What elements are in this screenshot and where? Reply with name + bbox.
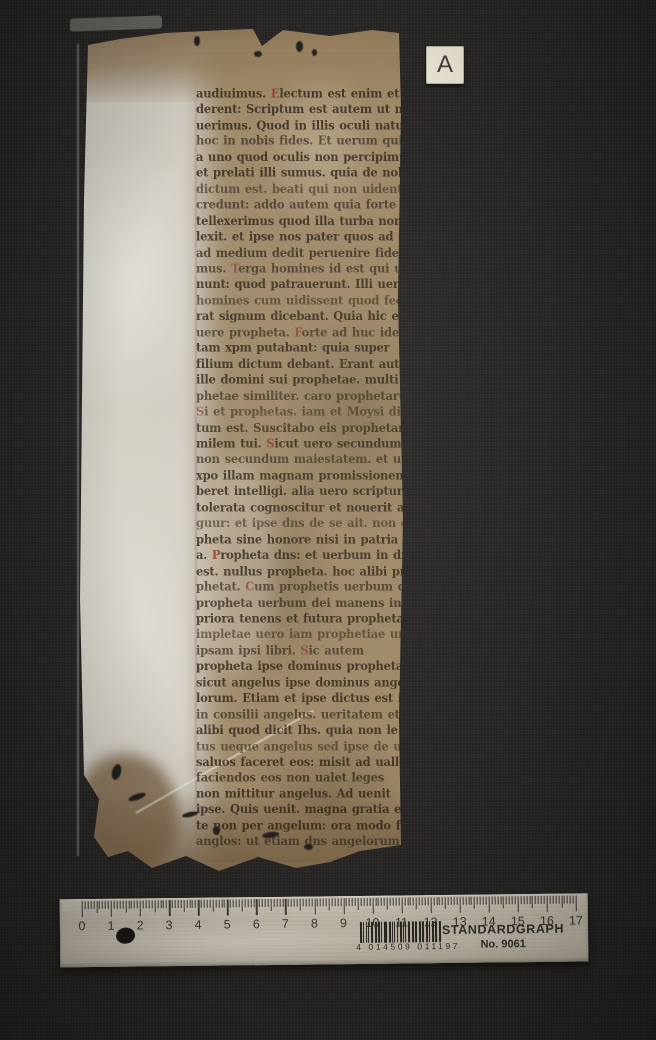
parchment-hole bbox=[194, 36, 200, 46]
manuscript-line: priora tenens et futura prophetans bbox=[196, 611, 408, 627]
manuscript-line: alibi quod dicit Ihs. quia non le bbox=[196, 723, 408, 739]
ruler-number: 2 bbox=[136, 918, 143, 932]
parchment-top-sliver bbox=[70, 15, 162, 31]
manuscript-line: tellexerimus quod illa turba non in bbox=[196, 213, 408, 229]
manuscript-line: pheta sine honore nisi in patria su bbox=[196, 532, 408, 548]
label-tile: A bbox=[426, 46, 464, 84]
manuscript-line: faciendos eos non ualet leges bbox=[196, 770, 408, 786]
ruler-number: 0 bbox=[78, 919, 85, 933]
manuscript-line: a uno quod oculis non percipimus bbox=[196, 150, 408, 166]
manuscript-line: credunt: addo autem quia forte in bbox=[196, 197, 408, 213]
manuscript-line: phetat. Cum prophetis uerbum dei bbox=[196, 579, 408, 595]
manuscript-line: tam xpm putabant: quia super bbox=[196, 341, 408, 357]
manuscript-line: dictum est. beati qui non uident et bbox=[196, 182, 408, 198]
ruler-number: 1 bbox=[107, 919, 114, 933]
ruler: 01234567891011121314151617 4 014509 0111… bbox=[60, 893, 589, 967]
parchment-hole bbox=[128, 791, 147, 803]
ruler-number: 5 bbox=[224, 917, 231, 931]
manuscript-line: tum est. Suscitabo eis prophetam si bbox=[196, 420, 408, 436]
manuscript-line: filium dictum debant. Erant autem bbox=[196, 357, 408, 373]
manuscript-line: tolerata cognoscitur et nouerit an bbox=[196, 500, 408, 516]
ruler-brand-block: STANDARDGRAPH No. 9061 bbox=[432, 922, 574, 952]
manuscript-line: a. Propheta dns: et uerbum in dns bbox=[196, 548, 408, 564]
manuscript-line: Si et prophetas. iam et Moysi dic bbox=[196, 404, 408, 420]
manuscript-text-block: audiuimus. Electum est enim et illideren… bbox=[196, 86, 408, 850]
manuscript-line: xpo illam magnam promissionem ha bbox=[196, 468, 408, 484]
manuscript-line: rat signum dicebant. Quia hic est bbox=[196, 309, 408, 325]
manuscript-line: propheta ipse dominus prophetarum bbox=[196, 659, 408, 675]
manuscript-line: uere propheta. Forte ad huc ideo pro bbox=[196, 325, 408, 341]
manuscript-line: beret intelligi. alia uero scriptura bbox=[196, 484, 408, 500]
ruler-number: 3 bbox=[166, 918, 173, 932]
ruler-number: 8 bbox=[311, 916, 318, 930]
ruler-number: 4 bbox=[195, 918, 202, 932]
manuscript-line: nunt: quod patrauerunt. Illi uero bbox=[196, 277, 408, 293]
manuscript-line: propheta uerbum dei manens in bbox=[196, 595, 408, 611]
manuscript-line: audiuimus. Electum est enim et illi bbox=[196, 86, 408, 102]
manuscript-line: te non per angelum: ora modo fide bbox=[196, 818, 408, 834]
manuscript-line: est. nullus propheta. hoc alibi pro bbox=[196, 564, 408, 580]
manuscript-line: et prelati illi sumus. quia de nobis bbox=[196, 166, 408, 182]
manuscript-line: ipse. Quis uenit. magna gratia et bbox=[196, 802, 408, 818]
manuscript-line: ad medium dedit peruenire fide bbox=[196, 245, 408, 261]
ruler-number: 7 bbox=[282, 917, 289, 931]
barcode-bars bbox=[360, 921, 442, 943]
ruler-number: 9 bbox=[340, 916, 347, 930]
sleeve-edge-highlight bbox=[77, 44, 79, 856]
parchment-hole bbox=[254, 51, 262, 57]
manuscript-line: saluos faceret eos: misit ad uallem bbox=[196, 755, 408, 771]
manuscript-line: phetae similiter. caro prophetarum bbox=[196, 388, 408, 404]
manuscript-line: uerimus. Quod in illis oculi natur bbox=[196, 118, 408, 134]
photo-background: { "label_tile": { "letter": "A" }, "manu… bbox=[0, 0, 656, 1040]
manuscript-line: sicut angelus ipse dominus ange bbox=[196, 675, 408, 691]
manuscript-line: milem tui. Sicut uero secundum car bbox=[196, 436, 408, 452]
ruler-number: 6 bbox=[253, 917, 260, 931]
manuscript-line: impletae uero iam prophetiae unius bbox=[196, 627, 408, 643]
manuscript-line: guur: et ipse dns de se ait. non est pro bbox=[196, 516, 408, 532]
manuscript-line: non mittitur angelus. Ad uenit bbox=[196, 786, 408, 802]
ruler-brand: STANDARDGRAPH bbox=[432, 922, 574, 938]
manuscript-line: anglos: ut etiam dns angelorum bbox=[196, 834, 408, 850]
parchment-hole bbox=[312, 49, 317, 56]
manuscript-line: derent: Scriptum est autem ut nos di bbox=[196, 102, 408, 118]
manuscript-line: mus. Terga homines id est qui ue bbox=[196, 261, 408, 277]
manuscript-line: ipsam ipsi libri. Sic autem bbox=[196, 643, 408, 659]
manuscript-line: lorum. Etiam et ipse dictus est in bbox=[196, 691, 408, 707]
manuscript-line: non secundum maiestatem. et ut de bbox=[196, 452, 408, 468]
manuscript-line: in consilii angelus. ueritatem et bbox=[196, 707, 408, 723]
manuscript-line: hoc in nobis fides. Et uerum quia bbox=[196, 134, 408, 150]
parchment-hole bbox=[296, 41, 303, 52]
label-letter: A bbox=[437, 53, 453, 77]
stain-bottom-left bbox=[78, 754, 178, 869]
parchment-hole bbox=[110, 763, 123, 781]
ruler-model: No. 9061 bbox=[432, 938, 574, 952]
manuscript-line: tus ueque angelus sed ipse de ueni bbox=[196, 739, 408, 755]
manuscript-fragment: audiuimus. Electum est enim et illideren… bbox=[66, 24, 410, 876]
manuscript-line: homines cum uidissent quod fece bbox=[196, 293, 408, 309]
manuscript-line: lexit. et ipse nos pater quos ad se bbox=[196, 229, 408, 245]
manuscript-line: ille domini sui prophetae. multi pro bbox=[196, 373, 408, 389]
